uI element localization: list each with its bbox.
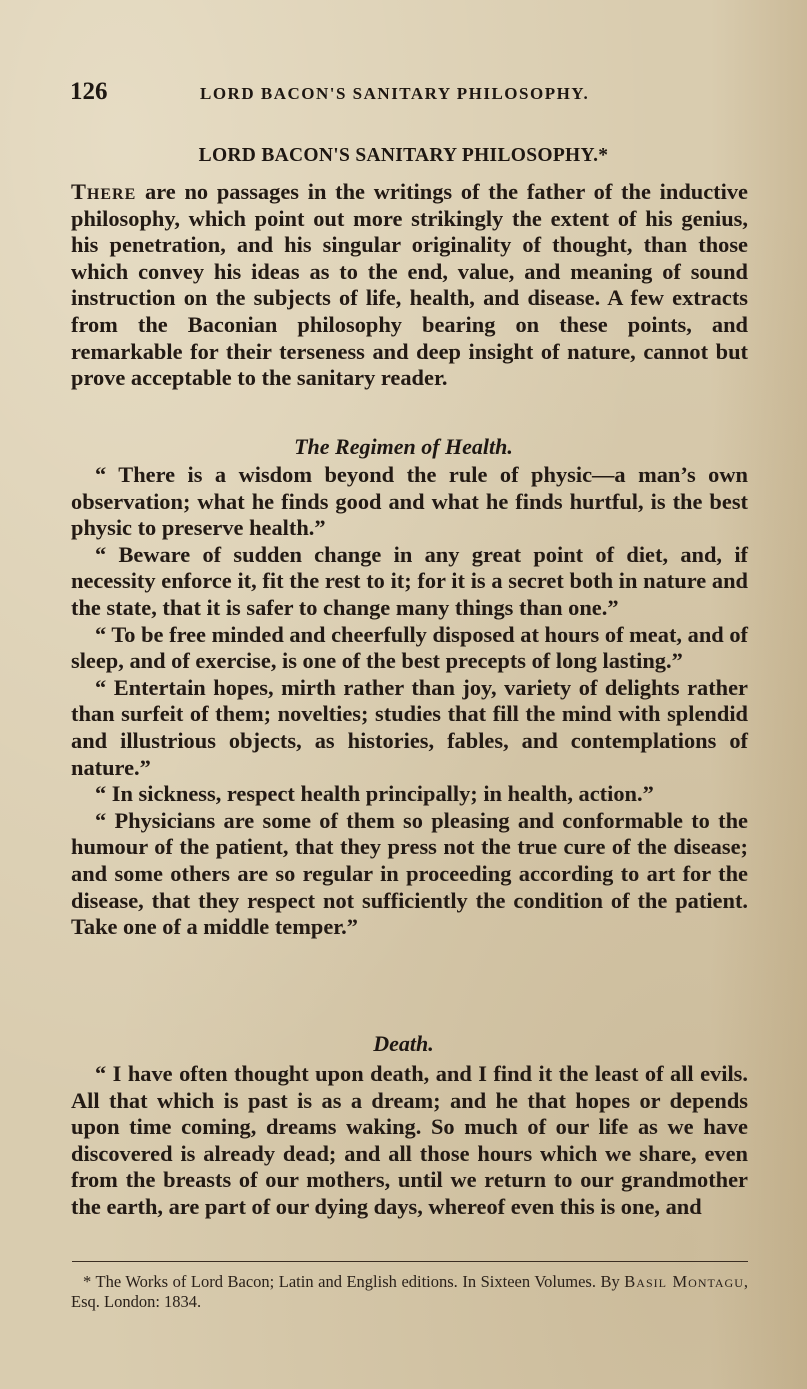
lead-word: There — [71, 179, 136, 204]
section-heading-regimen: The Regimen of Health. — [0, 434, 807, 460]
quote-paragraph: “ Entertain hopes, mirth rather than joy… — [71, 675, 748, 781]
book-page: 126 LORD BACON'S SANITARY PHILOSOPHY. LO… — [0, 0, 807, 1389]
footnote-author: Basil Montagu — [624, 1272, 744, 1291]
running-head: 126 LORD BACON'S SANITARY PHILOSOPHY. — [70, 78, 750, 108]
section-heading-death: Death. — [0, 1031, 807, 1057]
section-death-body: “ I have often thought upon death, and I… — [71, 1061, 748, 1221]
footnote: * The Works of Lord Bacon; Latin and Eng… — [71, 1272, 748, 1312]
intro-text: are no passages in the writings of the f… — [71, 179, 748, 390]
quote-paragraph: “ To be free minded and cheerfully dispo… — [71, 622, 748, 675]
running-title: LORD BACON'S SANITARY PHILOSOPHY. — [200, 84, 589, 104]
quote-paragraph: “ In sickness, respect health principall… — [71, 781, 748, 808]
quote-paragraph: “ Beware of sudden change in any great p… — [71, 542, 748, 622]
footnote-text: The Works of Lord Bacon; Latin and Engli… — [91, 1272, 624, 1291]
quote-paragraph: “ I have often thought upon death, and I… — [71, 1061, 748, 1221]
article-title: LORD BACON'S SANITARY PHILOSOPHY.* — [0, 145, 807, 167]
quote-paragraph: “ Physicians are some of them so pleasin… — [71, 808, 748, 941]
footnote-marker: * — [83, 1272, 91, 1291]
page-number: 126 — [70, 78, 108, 106]
quote-paragraph: “ There is a wisdom beyond the rule of p… — [71, 462, 748, 542]
intro-paragraph: There are no passages in the writings of… — [71, 179, 748, 392]
section-regimen-body: “ There is a wisdom beyond the rule of p… — [71, 462, 748, 941]
footnote-divider — [72, 1261, 748, 1262]
